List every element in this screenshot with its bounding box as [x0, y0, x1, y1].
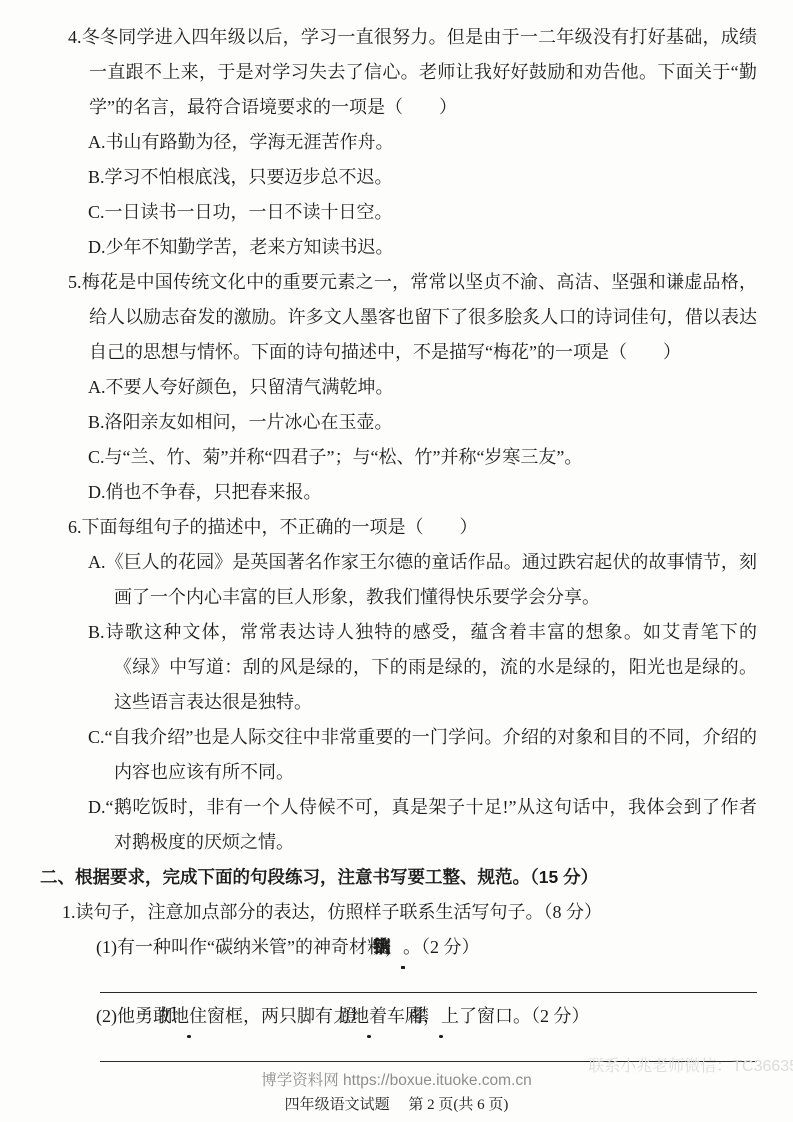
- exercise-1-title: 1.读句子，注意加点部分的表达，仿照样子联系生活写句子。（8 分）: [62, 895, 757, 930]
- question-4-stem: 4.冬冬同学进入四年级以后，学习一直很努力。但是由于一二年级没有打好基础，成绩一…: [68, 20, 757, 125]
- question-4-number: 4.: [68, 27, 82, 47]
- question-5-number: 5.: [68, 272, 82, 292]
- question-5-option-c: C.与“兰、竹、菊”并称“四君子”；与“松、竹”并称“岁寒三友”。: [88, 440, 757, 475]
- section-two-heading: 二、根据要求，完成下面的句段练习，注意书写要工整、规范。（15 分）: [40, 860, 757, 895]
- answer-blank-line-1: [100, 992, 757, 993]
- exercise-item-text: 上了窗口。（2 分）: [441, 1006, 590, 1026]
- question-6-option-d: D.“鹅吃饭时，非有一个人侍候不可，真是架子十足!”从这句话中，我体会到了作者对…: [88, 790, 757, 860]
- question-6: 6.下面每组句子的描述中，不正确的一项是（ ）A.《巨人的花园》是英国著名作家王…: [68, 510, 757, 860]
- question-6-number: 6.: [68, 517, 82, 537]
- question-6-option-c: C.“自我介绍”也是人际交往中非常重要的一门学问。介绍的对象和目的不同，介绍的内…: [88, 720, 757, 790]
- page-content: 4.冬冬同学进入四年级以后，学习一直很努力。但是由于一二年级没有打好基础，成绩一…: [0, 0, 793, 1062]
- question-4-option-c: C.一日读书一日功，一日不读十日空。: [88, 195, 757, 230]
- question-6-stem: 6.下面每组句子的描述中，不正确的一项是（ ）: [68, 510, 757, 545]
- question-5-stem: 5.梅花是中国传统文化中的重要元素之一，常常以坚贞不渝、高洁、坚强和谦虚品格，给…: [68, 265, 757, 370]
- exercise-item-text: 。（2 分）: [403, 937, 480, 957]
- question-6-option-a: A.《巨人的花园》是英国著名作家王尔德的童话作品。通过跌宕起伏的故事情节，刻画了…: [88, 545, 757, 615]
- questions-container: 4.冬冬同学进入四年级以后，学习一直很努力。但是由于一二年级没有打好基础，成绩一…: [68, 20, 757, 860]
- question-4-option-a: A.书山有路勤为径，学海无涯苦作舟。: [88, 125, 757, 160]
- question-4-stem-text: 冬冬同学进入四年级以后，学习一直很努力。但是由于一二年级没有打好基础，成绩一直跟…: [82, 27, 758, 117]
- exercise-item-1-label: (1): [96, 937, 117, 957]
- question-4: 4.冬冬同学进入四年级以后，学习一直很努力。但是由于一二年级没有打好基础，成绩一…: [68, 20, 757, 265]
- question-5-option-a: A.不要人夸好颜色，只留清气满乾坤。: [88, 370, 757, 405]
- exercise-item-2: (2)他勇敢地抓住窗框，两只脚有力地蹬着车厢，攀上了窗口。（2 分）: [96, 999, 757, 1034]
- question-4-option-d: D.少年不知勤学苦，老来方知读书迟。: [88, 230, 757, 265]
- exercise-item-text: 着车厢，: [369, 1006, 441, 1026]
- question-5-stem-text: 梅花是中国传统文化中的重要元素之一，常常以坚贞不渝、高洁、坚强和谦虚品格，给人以…: [82, 272, 758, 362]
- exercise-item-text: 有一种叫作“碳纳米管”的神奇材料，: [117, 937, 403, 957]
- exercise-items: (1)有一种叫作“碳纳米管”的神奇材料，比钢铁结实百倍。（2 分）(2)他勇敢地…: [68, 930, 757, 1062]
- footer-page-number: 四年级语文试题 第 2 页(共 6 页): [0, 1093, 793, 1114]
- exam-page: 4.冬冬同学进入四年级以后，学习一直很努力。但是由于一二年级没有打好基础，成绩一…: [0, 0, 793, 1122]
- footer-site-link: 博学资料网 https://boxue.ituoke.com.cn: [0, 1068, 793, 1090]
- question-5: 5.梅花是中国传统文化中的重要元素之一，常常以坚贞不渝、高洁、坚强和谦虚品格，给…: [68, 265, 757, 510]
- exercise-item-2-label: (2): [96, 1006, 117, 1026]
- exercise-item-text: 他勇敢地: [117, 1006, 189, 1026]
- question-5-option-d: D.俏也不争春，只把春来报。: [88, 475, 757, 510]
- exercise-item-1: (1)有一种叫作“碳纳米管”的神奇材料，比钢铁结实百倍。（2 分）: [96, 930, 757, 965]
- question-5-option-b: B.洛阳亲友如相问，一片冰心在玉壶。: [88, 405, 757, 440]
- question-6-stem-text: 下面每组句子的描述中，不正确的一项是（ ）: [82, 517, 478, 537]
- question-6-option-b: B.诗歌这种文体，常常表达诗人独特的感受，蕴含着丰富的想象。如艾青笔下的《绿》中…: [88, 615, 757, 720]
- question-4-option-b: B.学习不怕根底浅，只要迈步总不迟。: [88, 160, 757, 195]
